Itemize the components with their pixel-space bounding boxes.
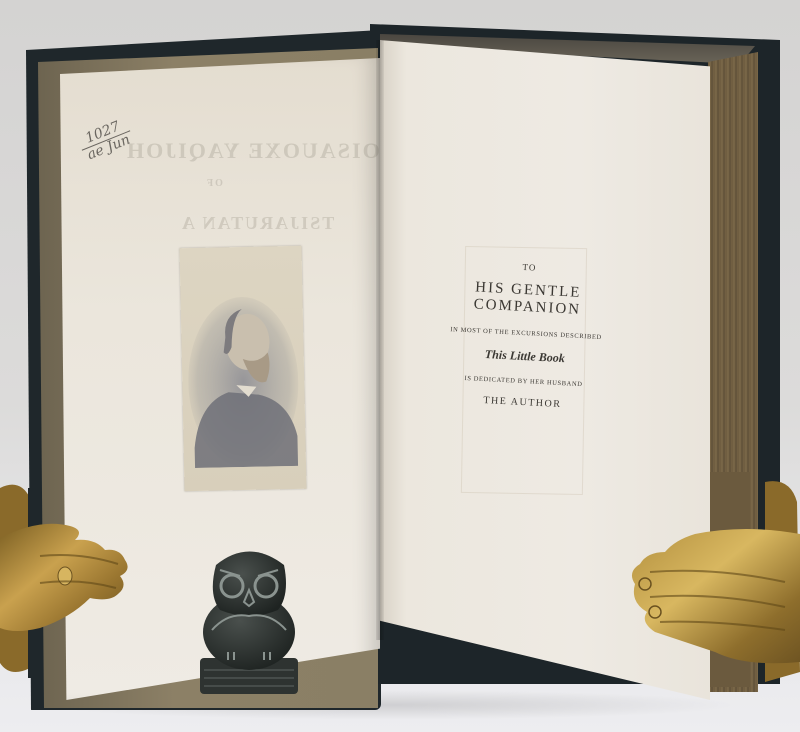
book-gutter: [376, 40, 384, 640]
offset-text-line2: OF: [205, 178, 223, 189]
book-photo-scene: SNOISAUOXE YAQIJOH OF TSIJARUTAN A 1027 …: [0, 0, 800, 732]
dedication-line-husband: IS DEDICATED BY HER HUSBAND: [423, 373, 623, 390]
dedication-book: This Little Book: [425, 344, 626, 369]
stone-owl-figurine-icon: [198, 540, 300, 696]
portrait-figure-icon: [186, 286, 300, 468]
brass-hand-left-icon: [0, 478, 140, 678]
dedication-line-excursions: IN MOST OF THE EXCURSIONS DESCRIBED: [426, 325, 626, 342]
offset-text-line1: SNOISAUOXE YAQIJOH: [125, 138, 412, 164]
offset-text-line3: TSIJARUTAN A: [180, 213, 334, 234]
portrait-photograph: [179, 246, 306, 492]
brass-hand-right-icon: [625, 472, 800, 687]
dedication-title: HIS GENTLE COMPANION: [427, 277, 629, 321]
dedication-block: TO HIS GENTLE COMPANION IN MOST OF THE E…: [422, 255, 629, 413]
